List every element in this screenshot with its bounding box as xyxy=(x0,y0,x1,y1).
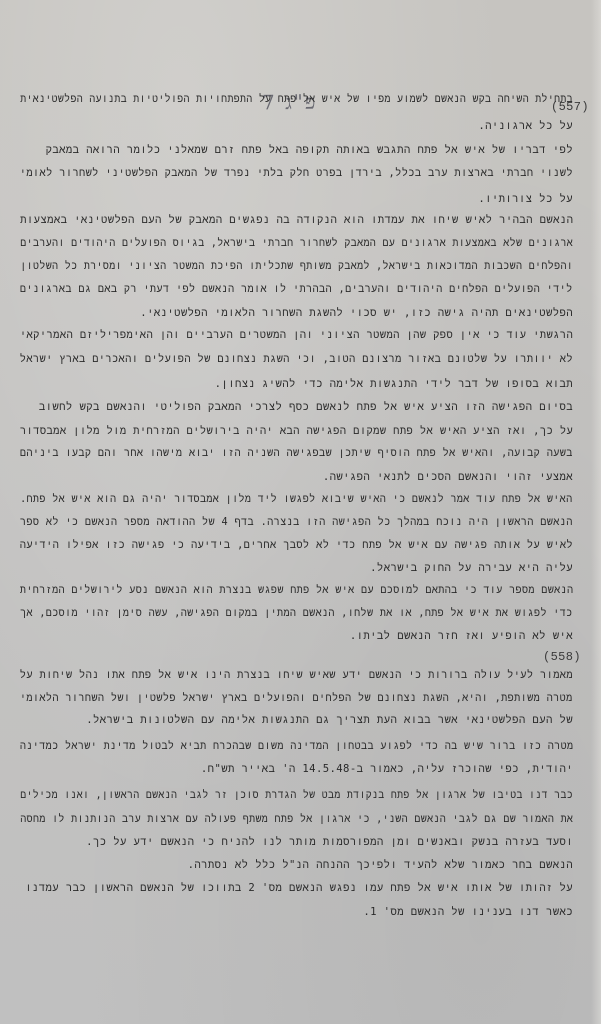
document-text-line: מטרה כזו ברור שיש בה כדי לפגוע בבטחון המ… xyxy=(19,740,573,753)
document-text-line: עליה היא עבירה על החוק בישראל. xyxy=(370,562,573,575)
document-text-line: ארגונים שלא באמצעות ארגונים עם המאבק לשח… xyxy=(20,237,573,250)
document-text-line: לא יוותרו על שלטונם באזור מרצונם הטוב, ו… xyxy=(20,353,573,366)
document-text-line: בסיום הפגישה הזו הציע איש אל פתח לנאשם כ… xyxy=(39,401,573,414)
document-text-line: הנאשם הראשון היה נוכח במהלך כל הפגישה הז… xyxy=(20,516,573,529)
document-text-line: את האמור שם גם לגבי הנאשם השני, כי ארגון… xyxy=(20,813,573,826)
document-text-line: הרגשתי עוד כי אין ספק שהן המשטר הציוני ו… xyxy=(20,329,573,342)
document-text-line: תבוא בסופו של דבר לידי התנגשות אלימה כדי… xyxy=(215,378,573,391)
document-text-line: לאיש על אותה פגישה עם איש אל פתח כדי לא … xyxy=(20,539,573,552)
document-text-line: וסעד בעזרה בנשק ובאנשים ומן המפורסמות מו… xyxy=(86,836,573,849)
paragraph-number: (558) xyxy=(543,650,581,664)
scanned-document-page: פ"ג 7 (557)בתחילת השיחה בקש הנאשם לשמוע … xyxy=(0,0,601,1024)
document-text-line: לפי דבריו של איש אל פתח התגבש באותה תקופ… xyxy=(46,144,573,157)
document-text-line: בתחילת השיחה בקש הנאשם לשמוע מפיו של איש… xyxy=(20,93,573,106)
document-text-line: אמצעי זהוי והנאשם הסכים לתנאי הפגישה. xyxy=(323,471,573,484)
document-text-line: מטרה משותפת, והיא, השגת נצחונם של הפלחים… xyxy=(20,692,573,705)
document-text-line: של העם הפלשטינאי אשר בבוא העת תצריך גם ה… xyxy=(86,714,573,727)
document-text-line: כדי לפגוש את איש אל פתח, או את שלחו, הנא… xyxy=(21,607,573,620)
document-text-line: לשנוי חברתי בארצות ערב בכלל, בירדן בפרט … xyxy=(20,167,573,180)
document-text-line: הפלשטינאים תהיה גישה כזו, יש סכוי להשגת … xyxy=(140,307,573,320)
document-text-line: הנאשם מספר עוד כי בהתאם למוסכם עם איש אל… xyxy=(19,584,573,597)
document-text-line: איש לא הופיע ואז חזר הנאשם לביתו. xyxy=(350,630,573,643)
document-text-line: על כל צורותיו. xyxy=(478,193,573,206)
document-text-line: על כך, ואז הציע האיש אל פתח שמקום הפגישה… xyxy=(20,425,573,438)
document-text-line: כאשר דנו בענינו של הנאשם מס' 1. xyxy=(363,906,573,919)
document-text-line: הנאשם הבהיר לאיש שיחו את עמדתו הוא הנקוד… xyxy=(20,214,573,227)
document-text-line: בשעה קבועה, והאיש אל פתח הוסיף שיתכן שבפ… xyxy=(20,447,573,460)
document-text-line: האיש אל פתח עוד אמר לנאשם כי האיש שיבוא … xyxy=(21,493,573,506)
document-text-line: מאמור לעיל עולה ברורות כי הנאשם ידע שאיש… xyxy=(20,669,573,682)
document-text-line: יהודית, כפי שהוכרז עליה, כאמור ב-14.5.48… xyxy=(201,763,573,776)
document-text-line: הנאשם בחר כאמור שלא להעיד ולפיכך ההנחה ה… xyxy=(188,859,573,872)
document-text-line: לידי הפועלים הפלחים היהודים והערבים, הבה… xyxy=(20,283,573,296)
document-text-line: על כל ארגוניה. xyxy=(478,120,573,133)
document-text-line: על זהותו של אותו איש אל פתח עמו נפגש הנא… xyxy=(25,882,573,895)
document-text-line: והפלחים השכבות המדוכאות בישראל, למאבק מש… xyxy=(20,260,573,273)
document-text-line: כבר דנו בטיבו של ארגון אל פתח בנקודת מבט… xyxy=(20,789,573,802)
